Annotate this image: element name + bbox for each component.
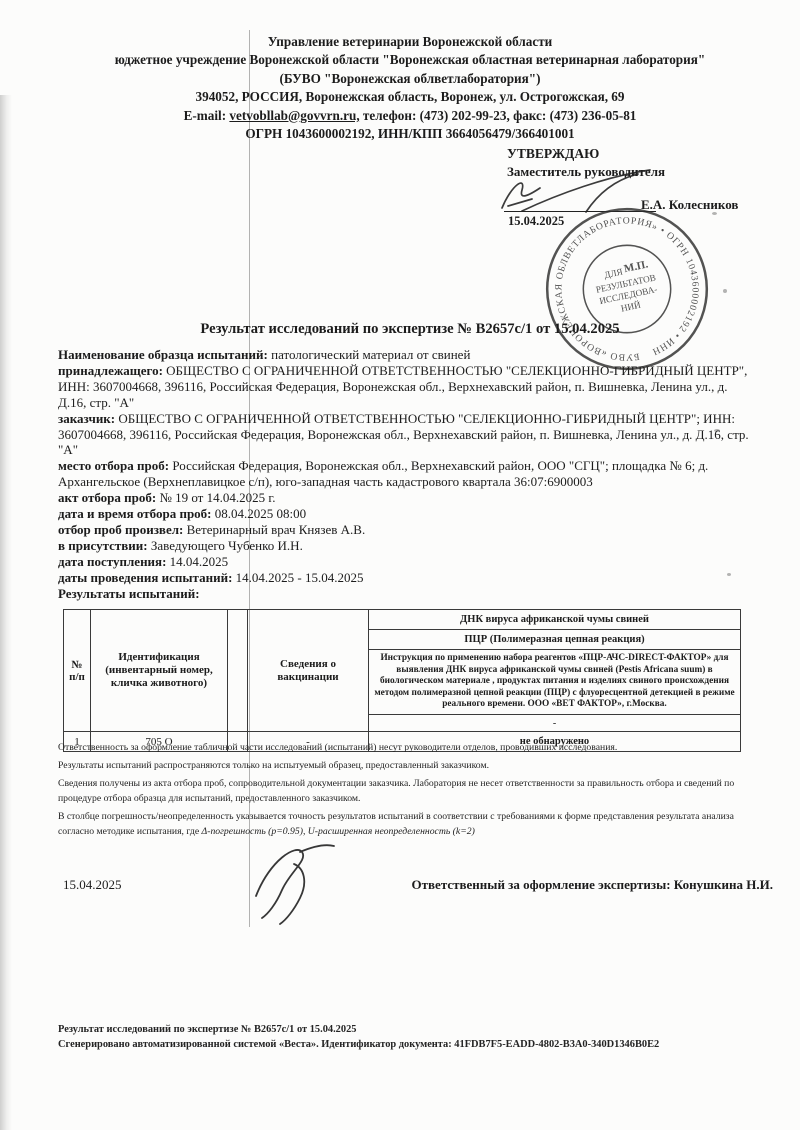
org-authority: Управление ветеринарии Воронежской облас… (30, 33, 790, 51)
footnote-scope: Результаты испытаний распространяются то… (58, 759, 752, 774)
footnotes: Ответственность за оформление табличной … (58, 741, 752, 843)
field-sampled-by: отбор проб произвел: Ветеринарный врач К… (58, 522, 750, 538)
letterhead: Управление ветеринарии Воронежской облас… (30, 33, 790, 143)
results-section-label: Результаты испытаний: (58, 586, 750, 602)
col-header-number: № п/п (64, 610, 91, 732)
org-address: 394052, РОССИЯ, Воронежская область, Вор… (30, 88, 790, 106)
org-short-name: (БУВО "Воронежская облветлаборатория") (30, 70, 790, 88)
sample-details: Наименование образца испытаний: патологи… (58, 347, 750, 602)
col-header-method: ПЦР (Полимеразная цепная реакция) (369, 630, 741, 650)
col-header-method-detail: Инструкция по применению набора реагенто… (369, 650, 741, 715)
field-sampling-datetime: дата и время отбора проб: 08.04.2025 08:… (58, 506, 750, 522)
field-customer: заказчик: ОБЩЕСТВО С ОГРАНИЧЕННОЙ ОТВЕТС… (58, 411, 750, 459)
scan-speck (723, 289, 727, 293)
col-header-disease: ДНК вируса африканской чумы свиней (369, 610, 741, 630)
org-contacts: E-mail: vetvobllab@govvrn.ru, телефон: (… (30, 107, 790, 125)
scan-edge-shadow (0, 95, 12, 1130)
footer-generated-id: Сгенерировано автоматизированной системо… (58, 1037, 659, 1052)
signoff-date: 15.04.2025 (63, 877, 122, 893)
col-header-spacer (228, 610, 248, 732)
field-sampling-act: акт отбора проб: № 19 от 14.04.2025 г. (58, 490, 750, 506)
stamp-mp-mark: М.П. (623, 258, 649, 275)
scanned-document-page: Управление ветеринарии Воронежской облас… (0, 0, 800, 1130)
executor-signature-icon (238, 838, 358, 926)
org-ogrn-inn: ОГРН 1043600002192, ИНН/КПП 3664056479/3… (30, 125, 790, 143)
org-name: юджетное учреждение Воронежской области … (30, 51, 790, 69)
col-header-vaccination: Сведения о вакцинации (248, 610, 369, 732)
col-header-uncertainty: - (369, 715, 741, 732)
stamp-center-line1: ДЛЯ (603, 267, 623, 281)
phone-fax: телефон: (473) 202-99-23, факс: (473) 23… (363, 108, 636, 123)
field-owner: принадлежащего: ОБЩЕСТВО С ОГРАНИЧЕННОЙ … (58, 363, 750, 411)
document-title: Результат исследований по экспертизе № В… (30, 321, 790, 338)
col-header-identification: Идентификация (инвентарный номер, кличка… (91, 610, 228, 732)
email-link[interactable]: vetvobllab@govvrn.ru, (229, 108, 359, 123)
footer-expertise-ref: Результат исследований по экспертизе № В… (58, 1022, 659, 1037)
approval-heading: УТВЕРЖДАЮ (507, 146, 599, 162)
field-received-date: дата поступления: 14.04.2025 (58, 554, 750, 570)
responsible-person: Ответственный за оформление экспертизы: … (412, 877, 773, 893)
email-label: E-mail: (184, 108, 227, 123)
document-footer: Результат исследований по экспертизе № В… (58, 1022, 659, 1052)
footnote-sampling-info: Сведения получены из акта отбора проб, с… (58, 777, 752, 806)
stamp-center-line4: НИЙ (620, 300, 642, 314)
results-table: № п/п Идентификация (инвентарный номер, … (63, 609, 741, 752)
field-sample-name: Наименование образца испытаний: патологи… (58, 347, 750, 363)
field-test-dates: даты проведения испытаний: 14.04.2025 - … (58, 570, 750, 586)
footnote-uncertainty: В столбце погрешность/неопределенность у… (58, 810, 752, 839)
field-sampling-place: место отбора проб: Российская Федерация,… (58, 458, 750, 490)
footnote-responsibility: Ответственность за оформление табличной … (58, 741, 752, 756)
field-witness: в присутствии: Заведующего Чубенко И.Н. (58, 538, 750, 554)
